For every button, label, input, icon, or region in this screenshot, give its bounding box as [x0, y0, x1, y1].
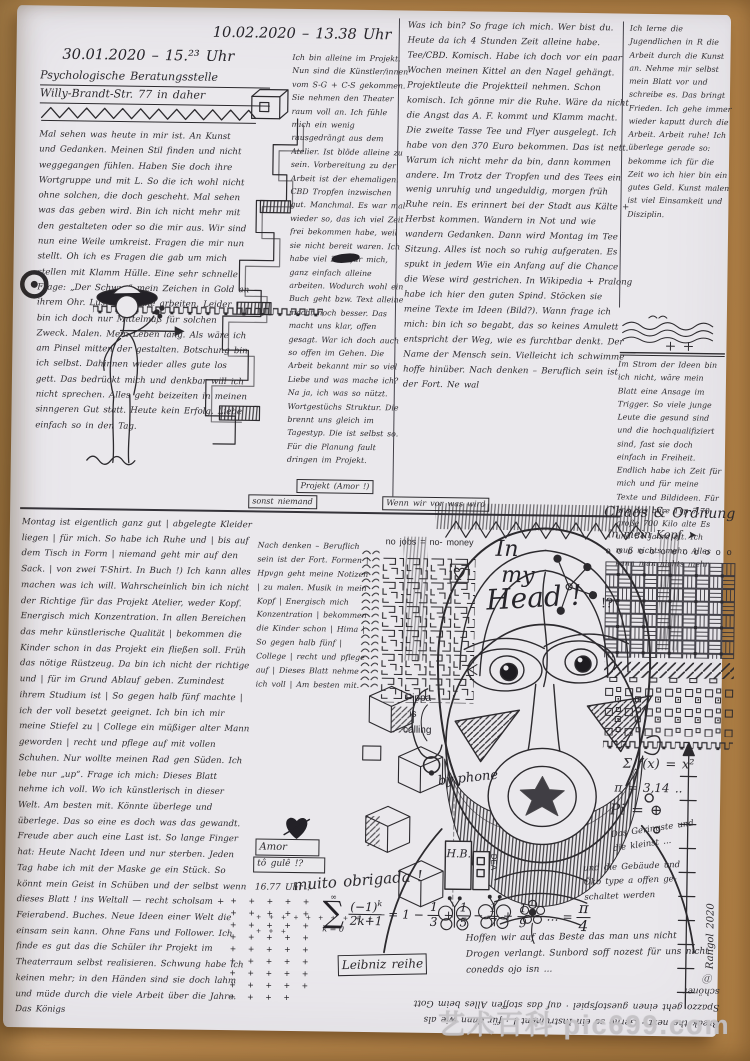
spiral-circle-glyph	[17, 267, 51, 301]
head-label-bang: !?	[601, 596, 613, 611]
entry3-body: Was ich bin? So frage ich mich. Wer bist…	[392, 18, 636, 499]
heart-arrow-icon	[282, 815, 312, 841]
pippa-line1: Pippa	[405, 693, 431, 704]
head-label-head: Head !	[484, 578, 582, 616]
note-sonst-niemand: sonst niemand	[248, 494, 317, 509]
hb-label: H.B.	[445, 847, 471, 860]
sigma-symbol: ∑	[323, 901, 345, 925]
pippa-line2: is	[409, 709, 416, 720]
general-term-fraction: (−1)k 2k+1	[348, 900, 384, 929]
waves-drawing	[620, 312, 725, 357]
leibniz-label: Leibniz reihe	[338, 953, 428, 976]
sum-lower: k = 0	[322, 925, 344, 933]
amor-note2: tô gulê !?	[253, 856, 325, 873]
figure-with-hat-drawing	[67, 276, 190, 473]
note-projekt-amor: Projekt (Amor !)	[296, 479, 373, 494]
entry1-date: 30.01.2020 – 15.²³ Uhr	[62, 46, 272, 67]
hoffen-note: Hoffen wir auf das Beste das man uns nic…	[466, 928, 711, 989]
head-label-in: In	[494, 537, 518, 562]
staircase-drawing	[206, 88, 322, 529]
pippa-line3: calling	[403, 725, 432, 736]
artwork-photo: 30.01.2020 – 15.²³ Uhr Psychologische Be…	[0, 0, 750, 1061]
watermark: 艺术百科 pic699.com	[438, 1012, 731, 1039]
paper-sheet: 30.01.2020 – 15.²³ Uhr Psychologische Be…	[3, 5, 731, 1037]
dea-label: DEA	[489, 854, 498, 871]
sigma-sum: ∞ ∑ k = 0	[322, 893, 344, 933]
entry4-body-top: Ich lerne die Jugendlichen in R die Arbe…	[619, 22, 734, 310]
entry5-body: Montag ist eigentlich ganz gut | abgeleg…	[15, 515, 254, 1030]
